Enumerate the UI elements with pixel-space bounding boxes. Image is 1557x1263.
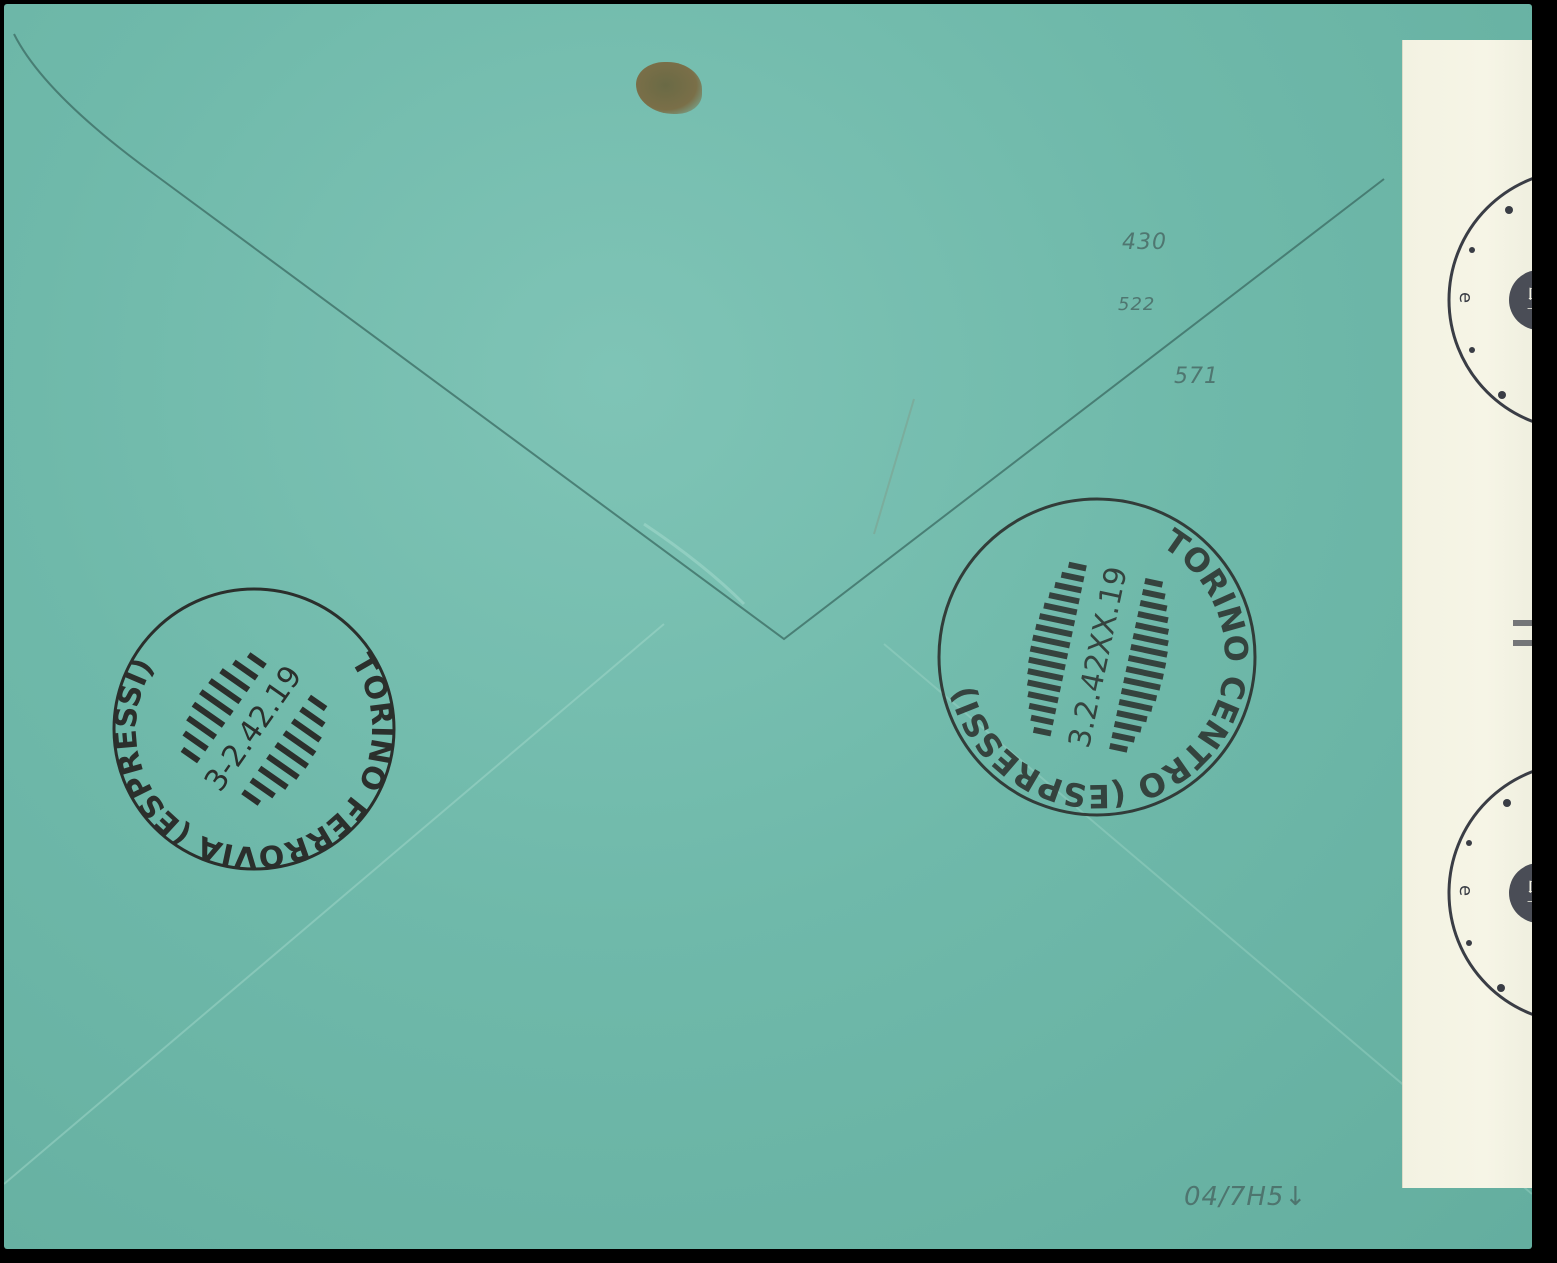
pencil-note-bottom: 04/7H5↓ [1184, 1182, 1307, 1212]
censor-mark-bottom: 卐 e [1439, 758, 1541, 1032]
pencil-note-430: 430 [1122, 230, 1167, 255]
svg-text:e: e [1455, 885, 1476, 896]
pencil-note-571: 571 [1174, 364, 1219, 389]
censor-label: 卐 e 卐 e [1402, 40, 1541, 1188]
envelope-back: 430 522 571 04/7H5↓ TORINO FERROVIA (ESP… [4, 4, 1532, 1249]
pencil-note-522: 522 [1118, 294, 1155, 315]
svg-text:e: e [1455, 292, 1476, 303]
scan-border [1532, 0, 1557, 1263]
censor-mark-top: 卐 e [1439, 165, 1541, 439]
